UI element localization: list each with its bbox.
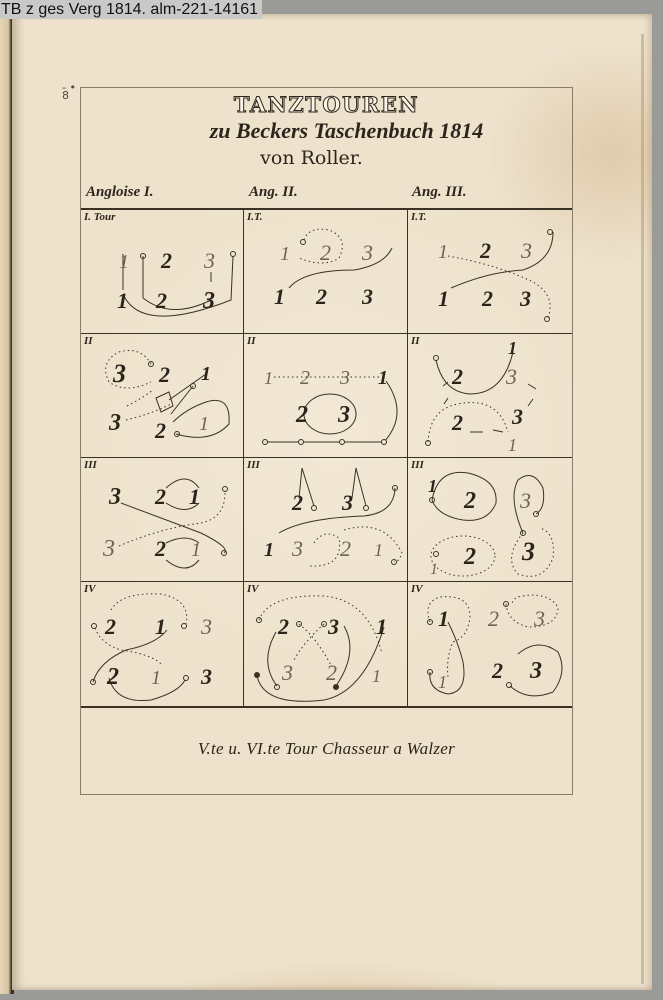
svg-text:1: 1 xyxy=(119,251,129,273)
margin-ink-mark: - • 8 xyxy=(62,84,80,92)
svg-text:2: 2 xyxy=(463,488,476,514)
column-header-angloise-3: Ang. III. xyxy=(412,184,467,201)
image-caption: TB z ges Verg 1814. alm-221-14161 xyxy=(0,0,262,19)
figure-cell-r3-c1: III 3 2 1 3 2 1 xyxy=(81,458,244,582)
engraved-plate: TANZTOUREN zu Beckers Taschenbuch 1814 v… xyxy=(80,87,573,795)
figure-cell-r2-c1: II 3 2 1 3 2 1 xyxy=(81,334,244,458)
svg-text:2: 2 xyxy=(479,238,491,263)
figure-cell-r4-c1: IV 2 1 3 2 1 3 xyxy=(81,582,244,706)
svg-text:3: 3 xyxy=(505,364,517,389)
svg-text:3: 3 xyxy=(521,537,535,566)
dance-path-diagram: 2 3 1 3 2 1 xyxy=(244,582,408,706)
svg-text:3: 3 xyxy=(520,238,532,263)
svg-text:2: 2 xyxy=(155,288,167,313)
dance-path-diagram: 1 2 3 1 2 3 xyxy=(81,210,244,334)
svg-text:2: 2 xyxy=(154,418,166,443)
svg-text:3: 3 xyxy=(519,286,531,311)
svg-text:2: 2 xyxy=(104,614,116,639)
footer-caption: V.te u. VI.te Tour Chasseur a Walzer xyxy=(81,739,572,759)
svg-text:1: 1 xyxy=(199,413,209,435)
svg-text:3: 3 xyxy=(202,288,215,314)
svg-text:2: 2 xyxy=(300,367,310,389)
svg-text:1: 1 xyxy=(508,435,517,455)
svg-text:1: 1 xyxy=(264,368,273,388)
svg-text:1: 1 xyxy=(117,288,128,313)
svg-text:3: 3 xyxy=(341,490,353,515)
svg-text:2: 2 xyxy=(106,664,119,690)
svg-text:2: 2 xyxy=(320,240,331,265)
figure-cell-r4-c3: IV 1 2 3 1 2 3 xyxy=(408,582,572,706)
figure-cell-r1-c3: I.T. 1 2 3 1 2 3 xyxy=(408,210,572,334)
svg-text:3: 3 xyxy=(519,488,531,513)
dance-path-diagram: 3 2 1 3 2 1 xyxy=(81,334,244,458)
svg-text:2: 2 xyxy=(340,536,351,561)
page-edge xyxy=(641,34,644,984)
svg-text:2: 2 xyxy=(160,248,172,273)
dance-path-diagram: 1 2 3 1 2 3 xyxy=(244,334,408,458)
svg-text:2: 2 xyxy=(154,484,166,509)
svg-text:3: 3 xyxy=(337,402,350,428)
figure-cell-r3-c2: III 2 3 1 3 2 1 xyxy=(244,458,408,582)
svg-text:1: 1 xyxy=(201,363,211,385)
svg-text:3: 3 xyxy=(108,484,121,510)
svg-text:1: 1 xyxy=(191,539,201,561)
plate-subtitle: zu Beckers Taschenbuch 1814 xyxy=(101,118,592,144)
dance-path-diagram: 2 3 1 3 2 1 xyxy=(244,458,408,582)
svg-text:2: 2 xyxy=(315,284,327,309)
svg-text:2: 2 xyxy=(291,490,303,515)
plate-title: TANZTOUREN xyxy=(81,92,572,117)
svg-text:2: 2 xyxy=(277,614,289,639)
svg-text:1: 1 xyxy=(376,614,387,639)
svg-text:3: 3 xyxy=(529,658,542,684)
svg-text:3: 3 xyxy=(327,614,339,639)
svg-text:2: 2 xyxy=(154,536,166,561)
dance-path-diagram: 2 1 3 2 1 3 xyxy=(81,582,244,706)
svg-text:1: 1 xyxy=(508,338,517,358)
svg-text:1: 1 xyxy=(189,484,200,509)
footer-box: V.te u. VI.te Tour Chasseur a Walzer xyxy=(81,706,572,793)
svg-text:3: 3 xyxy=(203,248,215,273)
svg-text:1: 1 xyxy=(430,561,438,578)
svg-text:3: 3 xyxy=(511,404,523,429)
svg-text:1: 1 xyxy=(438,286,449,311)
svg-text:2: 2 xyxy=(488,606,499,631)
figure-cell-r1-c2: I.T. 1 2 3 1 2 3 xyxy=(244,210,408,334)
svg-text:1: 1 xyxy=(438,241,448,263)
svg-text:1: 1 xyxy=(438,672,447,692)
dance-path-diagram: 1 2 3 1 2 3 xyxy=(408,210,572,334)
svg-text:1: 1 xyxy=(274,284,285,309)
svg-text:1: 1 xyxy=(151,667,161,689)
svg-text:3: 3 xyxy=(361,284,373,309)
figure-cell-r3-c3: III 1 2 3 1 2 3 xyxy=(408,458,572,582)
svg-text:3: 3 xyxy=(339,367,350,389)
svg-text:2: 2 xyxy=(451,410,463,435)
svg-text:2: 2 xyxy=(463,544,476,570)
svg-text:1: 1 xyxy=(378,367,388,389)
column-header-angloise-1: Angloise I. xyxy=(86,184,154,201)
svg-text:3: 3 xyxy=(281,660,293,685)
svg-text:3: 3 xyxy=(361,240,373,265)
column-headers: Angloise I. Ang. II. Ang. III. xyxy=(81,184,572,206)
svg-text:2: 2 xyxy=(158,362,170,387)
dance-path-diagram: 3 2 1 3 2 1 xyxy=(81,458,244,582)
svg-text:2: 2 xyxy=(295,402,308,428)
figure-cell-r4-c2: IV 2 3 1 3 2 1 xyxy=(244,582,408,706)
svg-text:1: 1 xyxy=(438,606,449,631)
plate-author: von Roller. xyxy=(66,147,557,169)
svg-text:1: 1 xyxy=(155,614,166,639)
figure-cell-r2-c3: II 1 2 3 2 3 1 xyxy=(408,334,572,458)
figure-cell-r2-c2: II 1 2 3 1 2 3 xyxy=(244,334,408,458)
svg-text:1: 1 xyxy=(428,476,437,496)
svg-text:2: 2 xyxy=(491,658,503,683)
svg-text:3: 3 xyxy=(200,664,212,689)
svg-text:3: 3 xyxy=(200,614,212,639)
svg-text:3: 3 xyxy=(112,359,126,388)
svg-text:2: 2 xyxy=(326,660,337,685)
svg-text:2: 2 xyxy=(451,364,463,389)
dance-path-diagram: 1 2 3 1 2 3 xyxy=(408,582,572,706)
svg-text:2: 2 xyxy=(481,286,493,311)
svg-text:1: 1 xyxy=(280,243,290,265)
svg-text:1: 1 xyxy=(264,539,274,561)
svg-text:1: 1 xyxy=(374,540,383,560)
dance-figure-grid: I. Tour 1 2 3 1 2 3 I.T. 1 xyxy=(81,208,572,708)
figure-cell-r1-c1: I. Tour 1 2 3 1 2 3 xyxy=(81,210,244,334)
svg-text:3: 3 xyxy=(102,536,115,562)
svg-text:1: 1 xyxy=(372,666,381,686)
dance-path-diagram: 1 2 3 1 2 3 xyxy=(408,458,572,582)
column-header-angloise-2: Ang. II. xyxy=(249,184,298,201)
dance-path-diagram: 1 2 3 2 3 1 xyxy=(408,334,572,458)
svg-text:3: 3 xyxy=(108,410,121,436)
svg-text:3: 3 xyxy=(291,536,303,561)
dance-path-diagram: 1 2 3 1 2 3 xyxy=(244,210,408,334)
svg-text:3: 3 xyxy=(533,606,545,631)
